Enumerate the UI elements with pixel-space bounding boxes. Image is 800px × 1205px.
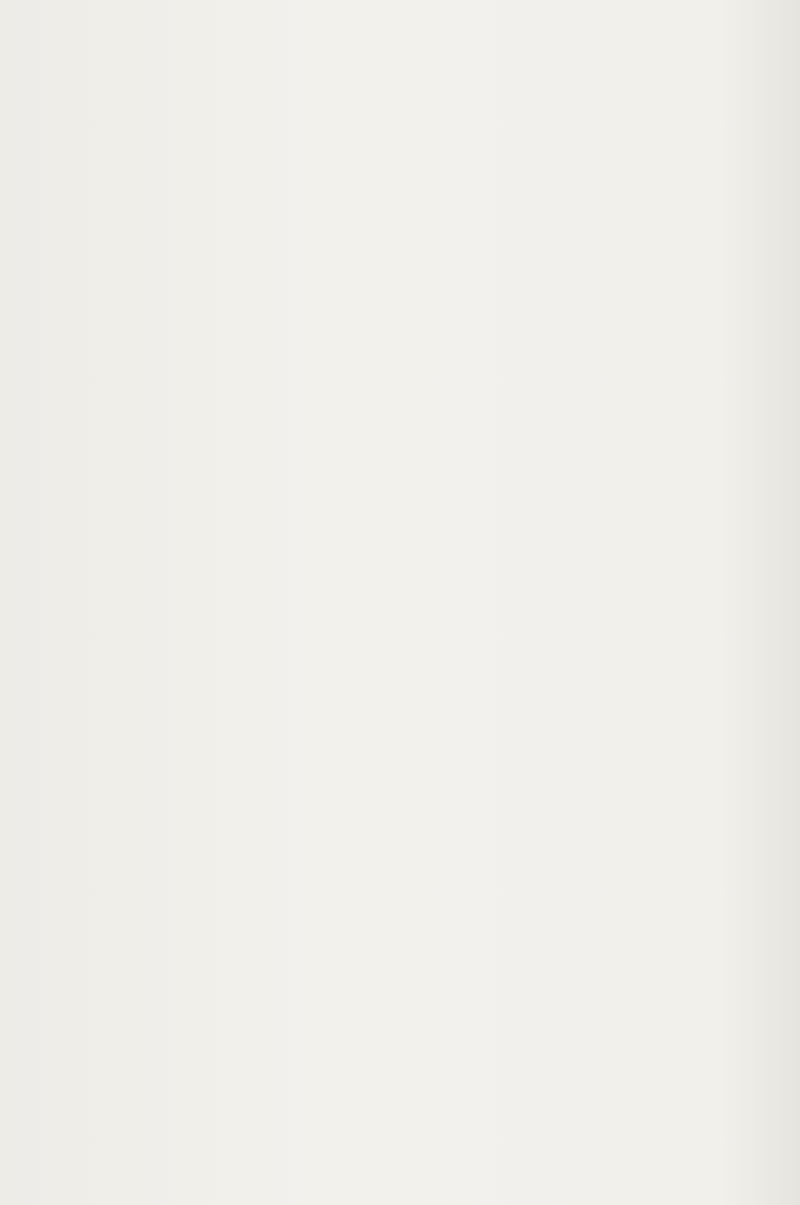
- book-page: [0, 0, 800, 1205]
- text-column: [112, 72, 778, 76]
